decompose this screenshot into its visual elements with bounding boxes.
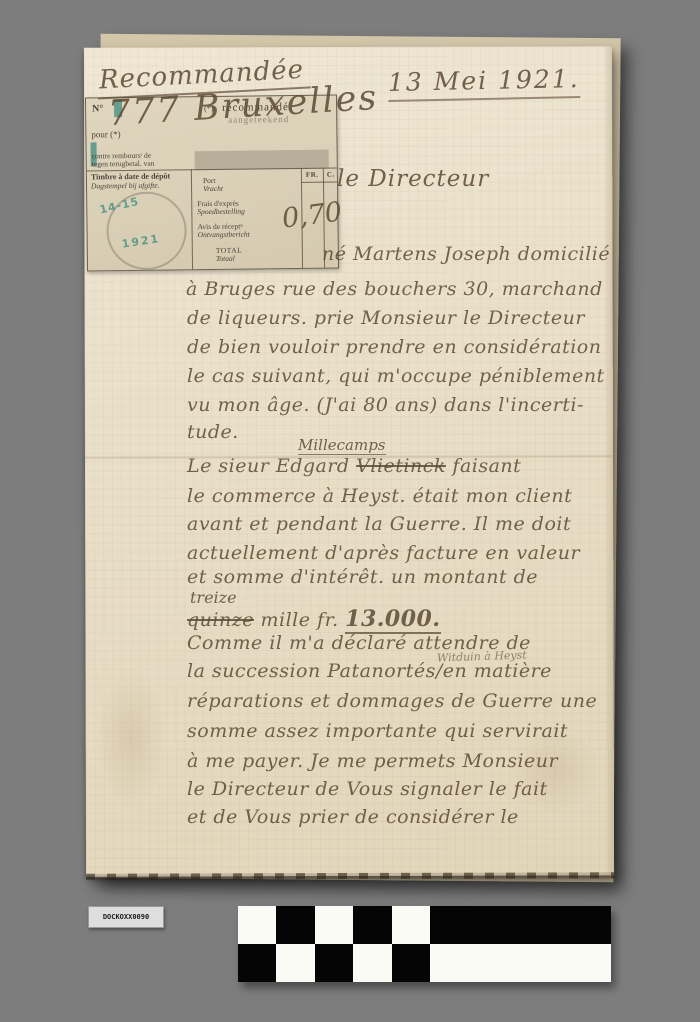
letter-line: le cas suivant, qui m'occupe péniblement — [187, 365, 605, 387]
letter-line: actuellement d'après facture en valeur — [187, 542, 580, 564]
calibration-cell — [315, 944, 353, 982]
struck-name: Vlietinck — [356, 455, 446, 477]
handwritten-date: 13 Mei 1921. — [388, 64, 580, 102]
letter-line: avant et pendant la Guerre. Il me doit — [187, 513, 571, 535]
letter-line: de bien vouloir prendre en considération — [187, 336, 601, 358]
letter-line: à Bruges rue des bouchers 30, marchand — [186, 278, 603, 300]
inserted-name-correction: Millecamps — [298, 436, 386, 455]
inventory-label: DOCKOXX0090 — [88, 906, 164, 928]
calibration-cell — [392, 944, 430, 982]
amount-value: 13.000. — [345, 606, 440, 634]
photograph-canvas: Recommandée 13 Mei 1921. N° (*) recomman… — [0, 0, 700, 1022]
letter-line-with-strike: Le sieur Edgard Vlietinck faisant — [187, 455, 521, 477]
letter-line: le commerce à Heyst. était mon client — [187, 485, 572, 507]
inserted-word-treize: treize — [190, 588, 237, 607]
letter-line: à me payer. Je me permets Monsieur — [187, 750, 558, 772]
calibration-tail — [430, 906, 611, 944]
calibration-cell — [353, 944, 391, 982]
letter-line: la succession Patanortés/en matière — [187, 660, 552, 682]
letter-line: et somme d'intérêt. un montant de — [187, 566, 538, 588]
letter-line: réparations et dommages de Guerre une — [187, 690, 597, 712]
letter-salutation: le Directeur — [337, 166, 489, 192]
letter-line: né Martens Joseph domicilié — [322, 243, 610, 265]
letter-line: et de Vous prier de considérer le — [187, 806, 519, 828]
currency-c-header: C. — [327, 172, 335, 180]
inventory-code: DOCKOXX0090 — [103, 913, 149, 921]
calibration-cell — [238, 944, 276, 982]
calibration-cell — [276, 906, 314, 944]
amount-line: quinze mille fr. 13.000. — [187, 606, 441, 632]
letter-line: tude. — [187, 421, 239, 443]
fee-row-port-nl: Vracht — [203, 184, 223, 193]
letter-line: somme assez importante qui servirait — [187, 720, 568, 742]
line-pre: Le sieur Edgard — [187, 455, 356, 477]
struck-word: quinze — [187, 609, 254, 631]
calibration-tail — [430, 944, 611, 982]
calibration-cell — [315, 906, 353, 944]
calibration-cell — [392, 906, 430, 944]
slip-stamp-cell-nl: Dagstempel bij afgifte. — [91, 182, 160, 191]
line-post: faisant — [446, 455, 521, 477]
letter-line: vu mon âge. (J'ai 80 ans) dans l'incerti… — [187, 394, 584, 416]
calibration-cell — [276, 944, 314, 982]
table-rule — [301, 181, 337, 182]
fee-row-expres-nl: Spoedbestelling — [197, 207, 245, 217]
letter-line: le Directeur de Vous signaler le fait — [187, 778, 548, 800]
calibration-row — [238, 906, 611, 944]
letter-line: de liqueurs. prie Monsieur le Directeur — [187, 307, 585, 329]
slip-number-label: N° — [92, 104, 103, 115]
calibration-target — [238, 906, 611, 982]
calibration-cell — [353, 906, 391, 944]
calibration-row — [238, 944, 611, 982]
table-rule — [191, 169, 193, 269]
calibration-cell — [238, 906, 276, 944]
amount-mid: mille fr. — [254, 609, 345, 631]
currency-fr-header: Fr. — [306, 172, 319, 180]
fee-row-total-nl: Totaal — [216, 254, 235, 263]
paper-stain — [96, 667, 166, 807]
fee-row-avis-nl: Ontvangstbericht — [198, 230, 250, 240]
slip-remboursement-nl: tegen terugbetal. van — [92, 159, 155, 169]
